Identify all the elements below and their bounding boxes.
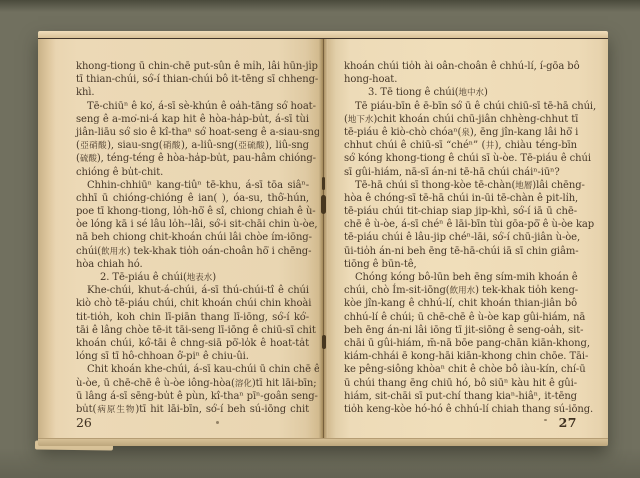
text-line: hòa chiah hó. (76, 258, 309, 271)
paper-speck (216, 421, 219, 424)
text-line: kòe jîn-kang ê chhú-lí, chit khoán thian… (344, 297, 577, 310)
photo-scene: khong-tiong ū chin-chē put-sûn ê mi̍h, l… (0, 0, 640, 478)
text-line: Tē-chiūⁿ ê ko͘, á-sī sè-khún ê oa̍h-tāng… (76, 100, 309, 113)
text-line: òe lóng kā i sé lâu lo̍h--lâi, só͘-i sit… (76, 218, 309, 231)
paper-speck (544, 419, 547, 421)
text-line: poe tī khong-tiong, lo̍h-hō͘ ê sî, chion… (76, 205, 309, 218)
text-line: chióng ê bu̍t-chit. (76, 166, 309, 179)
binding-stitch (322, 335, 326, 349)
text-line: tē-piáu chúi ê lâu-jip chéⁿ-lāi, só͘-í c… (344, 231, 577, 244)
text-line: Khe-chúi, khut-á-chúi, á-sī thú-chúi-tî … (76, 284, 309, 297)
right-page-text: khoán chúi tio̍h ài oân-choân ê chhú-lí,… (344, 60, 577, 416)
text-line: chhī ū chióng-chióng ê ian( ), óa-su, th… (76, 192, 309, 205)
text-line: (亞硝酸), siau-sng(硝酸), a-liû-sng(亞硫酸), liû… (76, 139, 309, 152)
text-line: tē-piáu ê kiò-chò chóaⁿ(泉), ēng jîn-kang… (344, 126, 577, 139)
text-line: só͘ kóng khong-tiong ê chúi sī ù-òe. Tē-… (344, 152, 577, 165)
text-line: (硫酸), téng-téng ê hòa-ha̍p-bu̍t, pau-hâm… (76, 152, 309, 165)
open-book: khong-tiong ū chin-chē put-sûn ê mi̍h, l… (38, 31, 608, 446)
text-line: nā beh chiong chit-khoán chúi lâi chòe í… (76, 231, 309, 244)
text-line: ù-òe, ū chē-chē ê ù-òe iông-hòa(溶化)tī hi… (76, 377, 309, 390)
gutter-crease (323, 39, 324, 439)
text-line: (地下水)chit khoán chúi chū-jiân chhèng-chh… (344, 113, 577, 126)
cjk-gloss: 硝酸 (163, 141, 181, 151)
cjk-gloss: 飲用水 (101, 247, 127, 257)
text-line: khoán chúi, kó͘-tāi ê chng-siā pō͘-lo̍k … (76, 337, 309, 350)
background-shadow-top (0, 0, 640, 12)
right-page: khoán chúi tio̍h ài oân-choân ê chhú-lí,… (328, 39, 608, 439)
page-number-left: 26 (76, 416, 309, 429)
page-spread: khong-tiong ū chin-chē put-sûn ê mi̍h, l… (38, 39, 608, 439)
book-top-page-edges (38, 31, 608, 39)
background-shadow-bottom (0, 448, 640, 478)
text-line: lóng sī tī hô-chhoan ô͘-piⁿ ê chiu-ûi. (76, 350, 309, 363)
text-line: khoán chúi tio̍h ài oân-choân ê chhú-lí,… (344, 60, 577, 73)
text-line: beh ēng án-ni lâi iōng tī jit-siōng ê se… (344, 324, 577, 337)
text-line: seng ê a-mo͘-ni-á kap hit ê hòa-ha̍p-bu̍… (76, 113, 309, 126)
text-line: chúi(飲用水) tek-khak tio̍h oán-choân hō͘ i… (76, 245, 309, 258)
text-line: chāi ū gûi-hiám, m̄-nā bōe pang-chān kiā… (344, 337, 577, 350)
text-line: Tē piáu-bīn ê ē-bīn só͘ ū ê chúi chiū-sī… (344, 100, 577, 113)
text-line: 3. Tē tiong ê chúi(地中水) (344, 86, 577, 99)
text-line: sī gûi-hiám, nā-sī án-ni tē-hā chúi chái… (344, 166, 577, 179)
text-line: chhut chúi ê chiū-sī “chéⁿ” (井), chiàu t… (344, 139, 577, 152)
text-line: 2. Tē-piáu ê chúi(地表水) (76, 271, 309, 284)
text-line: kiám-chhái ē kong-hāi kiān-khong chin ch… (344, 350, 577, 363)
cjk-gloss: 井 (485, 141, 494, 151)
text-line: tē-piáu chúi tit-chiap siap jip-khì, só͘… (344, 205, 577, 218)
text-line: Chit khoán khe-chúi, á-sī kau-chúi ū chi… (76, 363, 309, 376)
text-line: kiò chò tē-piáu chúi, chit khoán chúi ch… (76, 297, 309, 310)
cjk-gloss: 地層 (515, 181, 532, 191)
text-line: tī thian-chúi, só͘-í thian-chúi bô it-tē… (76, 73, 309, 86)
text-line: jiân-liāu só͘ sio ê kî-thaⁿ só͘ hoat-sen… (76, 126, 309, 139)
cjk-gloss: 亞硝酸 (80, 141, 107, 151)
text-line: ū lâng á-sī sēng-bu̍t ê pùn, kî-thaⁿ pīⁿ… (76, 390, 309, 403)
cjk-gloss: 硫酸 (80, 154, 97, 164)
cjk-gloss: 地表水 (187, 273, 213, 283)
text-line: khong-tiong ū chin-chē put-sûn ê mi̍h, l… (76, 60, 309, 73)
right-page-footer: 27 (344, 414, 577, 429)
text-line: chhú-lí ê chúi; ū chē-chē ê ù-òe kap gûi… (344, 311, 577, 324)
book-bottom-page-edges (38, 438, 608, 446)
text-line: tiōng ê būn-tê, (344, 258, 577, 271)
cjk-gloss: 地下水 (348, 115, 374, 125)
cjk-gloss: 亞硫酸 (238, 141, 265, 151)
left-page: khong-tiong ū chin-chē put-sûn ê mi̍h, l… (38, 39, 319, 439)
book-gutter (319, 39, 328, 439)
cjk-gloss: 地中水 (459, 88, 485, 98)
left-page-text: khong-tiong ū chin-chē put-sûn ê mi̍h, l… (76, 60, 309, 416)
text-line: Chóng kóng bô-lūn beh ēng sím-mih khoán … (344, 271, 577, 284)
text-line: chúi, chò Ím-sit-iōng(飲用水) tek-khak tio̍… (344, 284, 577, 297)
cjk-gloss: 溶化 (235, 379, 252, 389)
cjk-gloss: 飲用水 (450, 286, 476, 296)
text-line: tit-tio̍h, koh chin lī-piān thang lī-iōn… (76, 311, 309, 324)
text-line: Tē-hā chúi sī thong-kòe tē-chàn(地層)lâi c… (344, 179, 577, 192)
text-line: khì. (76, 86, 309, 99)
text-line: ke pêng-siông khòaⁿ chit ê chòe bô iàu-k… (344, 363, 577, 376)
text-line: hiám, sit-chāi sī put-chí thang kiaⁿ-hiâ… (344, 390, 577, 403)
text-line: hòa ê chóng-sī tē-hā chúi in-ūi tē-chàn … (344, 192, 577, 205)
text-line: Chhin-chhiūⁿ kang-tiûⁿ tē-khu, á-sī tōa … (76, 179, 309, 192)
text-line: ū chúi thang ēng chiū hó, bô siūⁿ kàu hi… (344, 377, 577, 390)
text-line: chē ê ù-òe, á-sī chéⁿ ê lāi-bīn tùi gōa-… (344, 218, 577, 231)
text-line: tāi ê lâng chòe tē-it tāi-seng lī-iōng ê… (76, 324, 309, 337)
binding-stitch (321, 195, 326, 214)
page-number-right: 27 (344, 416, 577, 429)
text-line: hong-hoat. (344, 73, 577, 86)
binding-stitch (322, 177, 325, 190)
left-page-footer: 26 (76, 414, 309, 429)
text-line: ūi-tio̍h án-ni beh ēng tē-hā-chúi iā sī … (344, 245, 577, 258)
cjk-gloss: 泉 (461, 128, 470, 138)
